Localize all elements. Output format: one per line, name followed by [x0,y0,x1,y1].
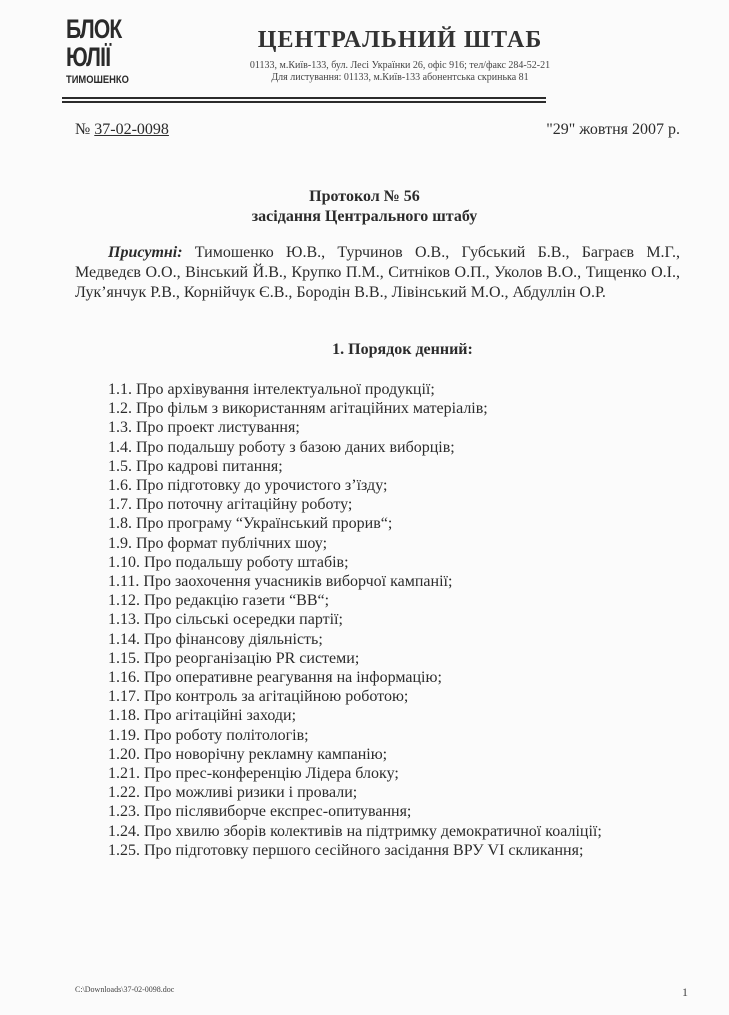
agenda-item: 1.25. Про підготовку першого сесійного з… [108,841,602,860]
agenda-item: 1.19. Про роботу політологів; [108,726,602,745]
logo-line1: БЛОК [66,16,121,43]
agenda-item: 1.20. Про новорічну рекламну кампанію; [108,745,602,764]
agenda-item: 1.1. Про архівування інтелектуальної про… [108,380,602,399]
letterhead-address: 01133, м.Київ-133, бул. Лесі Українки 26… [200,60,600,84]
document-number-value: 37-02-0098 [94,121,169,138]
agenda-heading: 1. Порядок денний: [0,341,729,359]
agenda-item: 1.24. Про хвилю зборів колективів на під… [108,822,602,841]
party-logo: БЛОК ЮЛІЇ ТИМОШЕНКО [66,16,136,86]
agenda-item: 1.21. Про прес-конференцію Лідера блоку; [108,764,602,783]
attendees-paragraph: Присутні: Тимошенко Ю.В., Турчинов О.В.,… [75,243,680,303]
document-number-prefix: № [75,121,94,138]
header-divider-top [62,97,546,99]
protocol-title-line1: Протокол № 56 [0,187,729,207]
agenda-item: 1.23. Про післявиборче експрес-опитуванн… [108,802,602,821]
agenda-item: 1.2. Про фільм з використанням агітаційн… [108,399,602,418]
logo-line2: ЮЛІЇ [66,44,121,71]
protocol-title: Протокол № 56 засідання Центрального шта… [0,187,729,227]
agenda-item: 1.11. Про заохочення учасників виборчої … [108,572,602,591]
agenda-item: 1.10. Про подальшу роботу штабів; [108,553,602,572]
agenda-item: 1.17. Про контроль за агітаційною робото… [108,687,602,706]
protocol-title-line2: засідання Центрального штабу [0,207,729,227]
agenda-item: 1.15. Про реорганізацію PR системи; [108,649,602,668]
address-line1: 01133, м.Київ-133, бул. Лесі Українки 26… [200,60,600,72]
agenda-item: 1.4. Про подальшу роботу з базою даних в… [108,438,602,457]
page-number: 1 [682,985,688,1000]
document-date: "29" жовтня 2007 р. [546,121,680,139]
agenda-item: 1.12. Про редакцію газети “ВВ“; [108,591,602,610]
agenda-item: 1.7. Про поточну агітаційну роботу; [108,495,602,514]
footer-file-path: C:\Downloads\37-02-0098.doc [75,985,174,994]
agenda-item: 1.5. Про кадрові питання; [108,457,602,476]
agenda-item: 1.18. Про агітаційні заходи; [108,706,602,725]
agenda-item: 1.6. Про підготовку до урочистого з’їзду… [108,476,602,495]
attendees-label: Присутні: [108,244,183,261]
agenda-item: 1.14. Про фінансову діяльність; [108,630,602,649]
document-number: № 37-02-0098 [75,121,169,139]
agenda-item: 1.16. Про оперативне реагування на інфор… [108,668,602,687]
agenda-item: 1.13. Про сільські осередки партії; [108,610,602,629]
agenda-item: 1.9. Про формат публічних шоу; [108,534,602,553]
letterhead-title: ЦЕНТРАЛЬНИЙ ШТАБ [200,27,600,54]
agenda-list: 1.1. Про архівування інтелектуальної про… [108,380,602,860]
agenda-item: 1.3. Про проект листування; [108,418,602,437]
address-line2: Для листування: 01133, м.Київ-133 абонен… [200,72,600,84]
agenda-item: 1.22. Про можливі ризики і провали; [108,783,602,802]
header-divider-bottom [62,101,546,103]
logo-line3: ТИМОШЕНКО [66,75,126,86]
agenda-item: 1.8. Про програму “Український прорив“; [108,514,602,533]
